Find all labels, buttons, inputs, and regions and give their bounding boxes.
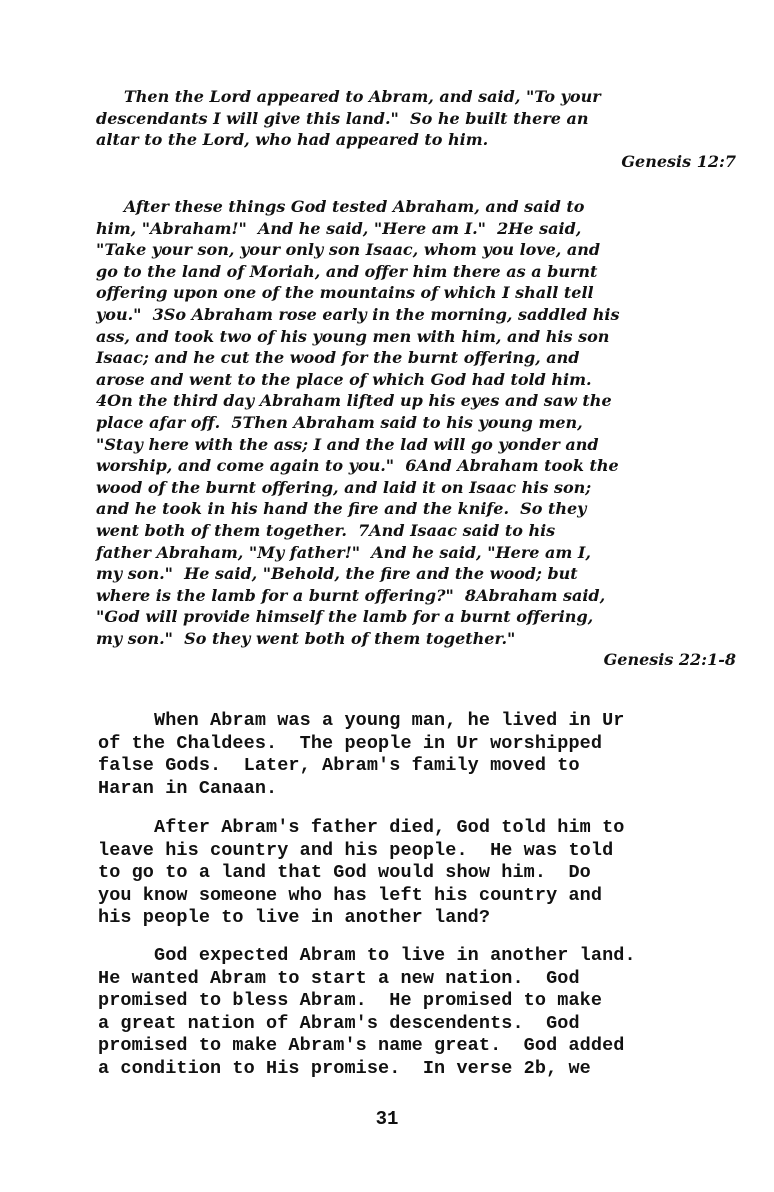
quote-line: 4On the third day Abraham lifted up his … bbox=[96, 390, 736, 412]
quote-line: ass, and took two of his young men with … bbox=[96, 326, 736, 348]
paragraph-line: of the Chaldees. The people in Ur worshi… bbox=[98, 733, 758, 756]
quote-line: you." 3So Abraham rose early in the morn… bbox=[96, 304, 736, 326]
quote-line: descendants I will give this land." So h… bbox=[96, 108, 736, 130]
page-number: 31 bbox=[0, 1108, 774, 1130]
paragraph-line: promised to make Abram's name great. God… bbox=[98, 1035, 758, 1058]
quote-line: Isaac; and he cut the wood for the burnt… bbox=[96, 347, 736, 369]
paragraph-line: you know someone who has left his countr… bbox=[98, 885, 758, 908]
quote-line: and he took in his hand the fire and the… bbox=[96, 498, 736, 520]
quote-line: him, "Abraham!" And he said, "Here am I.… bbox=[96, 218, 736, 240]
quote-line: go to the land of Moriah, and offer him … bbox=[96, 261, 736, 283]
quote-line: place afar off. 5Then Abraham said to hi… bbox=[96, 412, 736, 434]
paragraph-line: false Gods. Later, Abram's family moved … bbox=[98, 755, 758, 778]
paragraph-early-life: When Abram was a young man, he lived in … bbox=[98, 710, 758, 800]
quote-line: where is the lamb for a burnt offering?"… bbox=[96, 585, 736, 607]
quote-line: offering upon one of the mountains of wh… bbox=[96, 282, 736, 304]
quote-line: "Take your son, your only son Isaac, who… bbox=[96, 239, 736, 261]
quote-line: wood of the burnt offering, and laid it … bbox=[96, 477, 736, 499]
paragraph-line: his people to live in another land? bbox=[98, 907, 758, 930]
paragraph-call-to-leave: After Abram's father died, God told him … bbox=[98, 817, 758, 930]
quote-line: went both of them together. 7And Isaac s… bbox=[96, 520, 736, 542]
quote-line: After these things God tested Abraham, a… bbox=[96, 196, 736, 218]
quote-line: altar to the Lord, who had appeared to h… bbox=[96, 129, 736, 151]
scripture-quote-genesis-12-7: Then the Lord appeared to Abram, and sai… bbox=[96, 86, 736, 172]
paragraph-line: Haran in Canaan. bbox=[98, 778, 758, 801]
paragraph-line: to go to a land that God would show him.… bbox=[98, 862, 758, 885]
quote-line: my son." He said, "Behold, the fire and … bbox=[96, 563, 736, 585]
paragraph-line: God expected Abram to live in another la… bbox=[98, 945, 758, 968]
paragraph-line: leave his country and his people. He was… bbox=[98, 840, 758, 863]
paragraph-line: When Abram was a young man, he lived in … bbox=[98, 710, 758, 733]
quote-line: "Stay here with the ass; I and the lad w… bbox=[96, 434, 736, 456]
paragraph-line: promised to bless Abram. He promised to … bbox=[98, 990, 758, 1013]
scripture-quote-genesis-22-1-8: After these things God tested Abraham, a… bbox=[96, 196, 736, 671]
scripture-reference: Genesis 12:7 bbox=[96, 151, 736, 173]
document-page: Then the Lord appeared to Abram, and sai… bbox=[0, 0, 774, 1192]
quote-line: "God will provide himself the lamb for a… bbox=[96, 606, 736, 628]
paragraph-gods-promise: God expected Abram to live in another la… bbox=[98, 945, 758, 1081]
paragraph-line: a condition to His promise. In verse 2b,… bbox=[98, 1058, 758, 1081]
paragraph-line: After Abram's father died, God told him … bbox=[98, 817, 758, 840]
scripture-reference: Genesis 22:1-8 bbox=[96, 649, 736, 671]
quote-line: father Abraham, "My father!" And he said… bbox=[96, 542, 736, 564]
quote-line: my son." So they went both of them toget… bbox=[96, 628, 736, 650]
quote-line: arose and went to the place of which God… bbox=[96, 369, 736, 391]
quote-line: Then the Lord appeared to Abram, and sai… bbox=[96, 86, 736, 108]
paragraph-line: a great nation of Abram's descendents. G… bbox=[98, 1013, 758, 1036]
paragraph-line: He wanted Abram to start a new nation. G… bbox=[98, 968, 758, 991]
quote-line: worship, and come again to you." 6And Ab… bbox=[96, 455, 736, 477]
